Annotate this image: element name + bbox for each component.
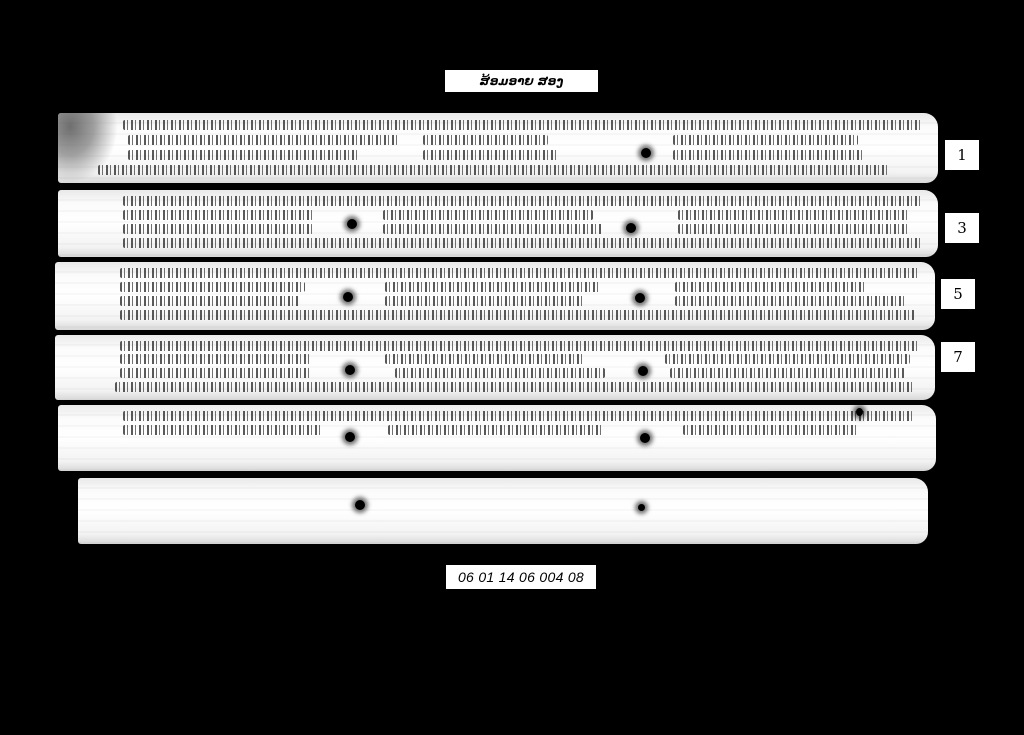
script-line (115, 382, 915, 392)
script-line (128, 135, 398, 145)
script-line (385, 282, 600, 292)
script-line (120, 368, 310, 378)
page-number-label: 5 (941, 279, 975, 309)
script-line (120, 268, 920, 278)
script-line (665, 354, 910, 364)
page-number-label: 7 (941, 342, 975, 372)
palm-leaf-blank (78, 478, 928, 544)
string-hole (638, 366, 648, 376)
palm-leaf-3 (58, 190, 938, 257)
script-line (673, 135, 858, 145)
script-line (395, 368, 605, 378)
string-hole (638, 504, 645, 511)
script-line (383, 210, 593, 220)
script-line (120, 341, 920, 351)
string-hole (626, 223, 636, 233)
script-line (123, 120, 923, 130)
page-number-label: 3 (945, 213, 979, 243)
script-line (678, 224, 908, 234)
script-line (123, 196, 923, 206)
script-line (683, 425, 858, 435)
palm-leaf-7 (55, 335, 935, 400)
palm-leaf-5 (55, 262, 935, 330)
string-hole (635, 293, 645, 303)
script-line (123, 210, 313, 220)
script-line (423, 150, 558, 160)
string-hole (345, 432, 355, 442)
script-line (98, 165, 888, 175)
string-hole (355, 500, 365, 510)
script-line (120, 354, 310, 364)
string-hole (856, 408, 863, 416)
script-line (675, 296, 905, 306)
script-line (388, 425, 603, 435)
script-line (120, 296, 300, 306)
script-line (123, 224, 313, 234)
title-label: ສ້ອມອາຍ ສອງ (445, 70, 598, 92)
script-line (120, 282, 305, 292)
string-hole (347, 219, 357, 229)
script-line (678, 210, 908, 220)
script-line (423, 135, 548, 145)
string-hole (345, 365, 355, 375)
script-line (385, 354, 585, 364)
page-number-label: 1 (945, 140, 979, 170)
script-line (123, 425, 323, 435)
script-line (120, 310, 915, 320)
script-line (670, 368, 905, 378)
palm-leaf-1 (58, 113, 938, 183)
script-line (123, 411, 913, 421)
script-line (123, 238, 923, 248)
catalog-id-label: 06 01 14 06 004 08 (446, 565, 596, 589)
script-line (385, 296, 585, 306)
script-line (128, 150, 358, 160)
script-line (675, 282, 865, 292)
palm-leaf-9 (58, 405, 936, 471)
string-hole (640, 433, 650, 443)
string-hole (641, 148, 651, 158)
script-line (673, 150, 863, 160)
string-hole (343, 292, 353, 302)
script-line (383, 224, 603, 234)
